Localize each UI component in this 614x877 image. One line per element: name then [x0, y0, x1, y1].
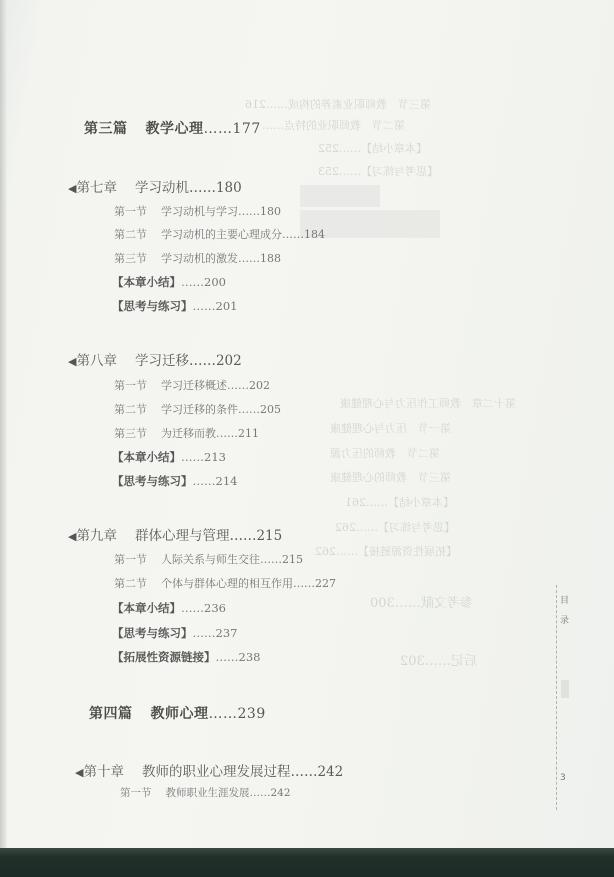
bleed-through-text: 第二节 教师的压力源: [330, 445, 440, 461]
section-page: ……227: [293, 577, 336, 590]
extra-title: 【本章小结】: [112, 601, 181, 615]
section-label: 第二节: [114, 228, 147, 241]
chapter-title: 学习迁移: [135, 353, 189, 369]
bleed-through-text: 【本章小结】……252: [318, 140, 427, 156]
extra-page: ……213: [181, 450, 226, 464]
bleed-through-text: 【拓展性资源链接】……262: [315, 543, 457, 559]
toc-section[interactable]: 第三节为迁移而教……211: [114, 425, 259, 441]
toc-exercises[interactable]: 【思考与练习】……201: [112, 298, 237, 314]
toc-exercises[interactable]: 【思考与练习】……214: [112, 473, 237, 489]
extra-title: 【本章小结】: [112, 450, 181, 464]
chapter-title: 教师的职业心理发展过程: [142, 764, 291, 780]
part-page: ……177: [204, 121, 261, 137]
chapter-label: 第九章: [76, 528, 117, 544]
page-spine-shadow: [0, 0, 7, 848]
section-page: ……188: [238, 252, 281, 265]
chapter-title: 群体心理与管理: [135, 528, 230, 544]
bleed-through-text: 【本章小结】……261: [345, 494, 454, 510]
section-title: 学习迁移的条件: [161, 403, 238, 416]
part-label: 第三篇: [84, 121, 128, 137]
extra-page: ……214: [193, 474, 238, 488]
chapter-page: ……242: [290, 764, 343, 780]
extra-title: 【思考与练习】: [112, 299, 193, 313]
chapter-page: ……215: [229, 528, 282, 544]
section-page: ……184: [282, 228, 325, 241]
chapter-label: 第八章: [76, 353, 117, 369]
toc-resource-links[interactable]: 【拓展性资源链接】……238: [112, 649, 260, 665]
toc-chapter-summary[interactable]: 【本章小结】……213: [112, 449, 226, 465]
bleed-through-text: 第三节 教师的心理健康: [330, 469, 451, 485]
toc-section[interactable]: 第二节个体与群体心理的相互作用……227: [114, 575, 336, 591]
chapter-page: ……180: [189, 180, 242, 196]
section-title: 学习迁移概述: [161, 379, 227, 392]
section-page: ……211: [216, 427, 259, 440]
section-page: ……242: [250, 787, 291, 799]
section-label: 第一节: [114, 379, 147, 392]
section-title: 学习动机与学习: [161, 205, 238, 218]
section-page: ……202: [227, 379, 270, 392]
toc-part[interactable]: 第四篇教师心理……239: [89, 703, 266, 723]
extra-title: 【拓展性资源链接】: [112, 650, 216, 664]
toc-section[interactable]: 第二节学习迁移的条件……205: [114, 401, 281, 417]
bleed-through-text: 后记……302: [400, 650, 477, 669]
bleed-through-text: 参考文献……300: [370, 592, 473, 611]
extra-page: ……200: [181, 275, 226, 289]
side-tab-dashed-line: [556, 585, 557, 810]
toc-chapter[interactable]: ◀第七章学习动机……180: [68, 176, 242, 196]
chapter-label: 第十章: [83, 764, 124, 780]
part-title: 教师心理: [151, 706, 209, 722]
chapter-page: ……202: [189, 353, 242, 369]
toc-chapter-summary[interactable]: 【本章小结】……200: [112, 274, 226, 290]
section-label: 第二节: [114, 577, 147, 590]
part-title: 教学心理: [146, 121, 204, 137]
toc-chapter[interactable]: ◀第九章群体心理与管理……215: [68, 524, 282, 544]
section-label: 第二节: [114, 403, 147, 416]
toc-section[interactable]: 第一节人际关系与师生交往……215: [114, 551, 303, 567]
book-page: 第三节 教师职业素养的构成……216 第二节 教师职业的特点…… 【本章小结】……: [0, 0, 614, 848]
bleed-through-text: 【思考与练习】……262: [335, 519, 455, 535]
section-page: ……215: [260, 553, 303, 566]
section-label: 第一节: [114, 553, 147, 566]
toc-section[interactable]: 第一节学习迁移概述……202: [114, 377, 270, 393]
section-page: ……180: [238, 205, 281, 218]
chapter-label: 第七章: [76, 180, 117, 196]
toc-section[interactable]: 第二节学习动机的主要心理成分……184: [114, 226, 325, 242]
bleed-through-text: 第一节 压力与心理健康: [330, 420, 451, 436]
chapter-title: 学习动机: [135, 180, 189, 196]
part-label: 第四篇: [89, 706, 133, 722]
bleed-through-text: 第十二章 教师工作压力与心理健康: [340, 395, 516, 411]
side-tab-label: 目: [560, 593, 569, 606]
toc-chapter-summary[interactable]: 【本章小结】……236: [112, 600, 226, 616]
section-label: 第一节: [120, 787, 152, 799]
bleed-through-text: 第二节 教师职业的特点……: [262, 117, 405, 133]
section-title: 学习动机的主要心理成分: [161, 228, 282, 241]
side-tab-faint-mark: [561, 680, 569, 698]
bleed-through-text: 第三节 教师职业素养的构成……216: [245, 96, 431, 112]
section-label: 第三节: [114, 252, 147, 265]
toc-part[interactable]: 第三篇教学心理……177: [84, 118, 261, 138]
bleed-through-block: [300, 185, 380, 207]
extra-title: 【思考与练习】: [112, 474, 193, 488]
section-title: 人际关系与师生交往: [161, 553, 260, 566]
extra-title: 【思考与练习】: [112, 626, 193, 640]
toc-exercises[interactable]: 【思考与练习】……237: [112, 625, 237, 641]
section-title: 个体与群体心理的相互作用: [161, 577, 293, 590]
side-tab-label: 录: [560, 613, 569, 626]
extra-page: ……237: [193, 626, 238, 640]
extra-title: 【本章小结】: [112, 275, 181, 289]
toc-chapter[interactable]: ◀第八章学习迁移……202: [68, 349, 242, 369]
extra-page: ……236: [181, 601, 226, 615]
page-number: 3: [560, 773, 566, 783]
toc-section[interactable]: 第三节学习动机的激发……188: [114, 250, 281, 266]
toc-section[interactable]: 第一节学习动机与学习……180: [114, 203, 281, 219]
part-page: ……239: [209, 706, 266, 722]
side-tab: 目 录 3: [556, 585, 576, 810]
section-title: 为迁移而教: [161, 427, 216, 440]
section-page: ……205: [238, 403, 281, 416]
section-title: 教师职业生涯发展: [166, 787, 250, 799]
extra-page: ……201: [193, 299, 238, 313]
scanner-bed-edge: [0, 848, 614, 877]
toc-section[interactable]: 第一节教师职业生涯发展……242: [120, 785, 291, 800]
bleed-through-text: 【思考与练习】……253: [318, 163, 438, 179]
toc-chapter[interactable]: ◀第十章教师的职业心理发展过程……242: [75, 760, 343, 780]
extra-page: ……238: [216, 650, 261, 664]
section-label: 第三节: [114, 427, 147, 440]
section-title: 学习动机的激发: [161, 252, 238, 265]
section-label: 第一节: [114, 205, 147, 218]
